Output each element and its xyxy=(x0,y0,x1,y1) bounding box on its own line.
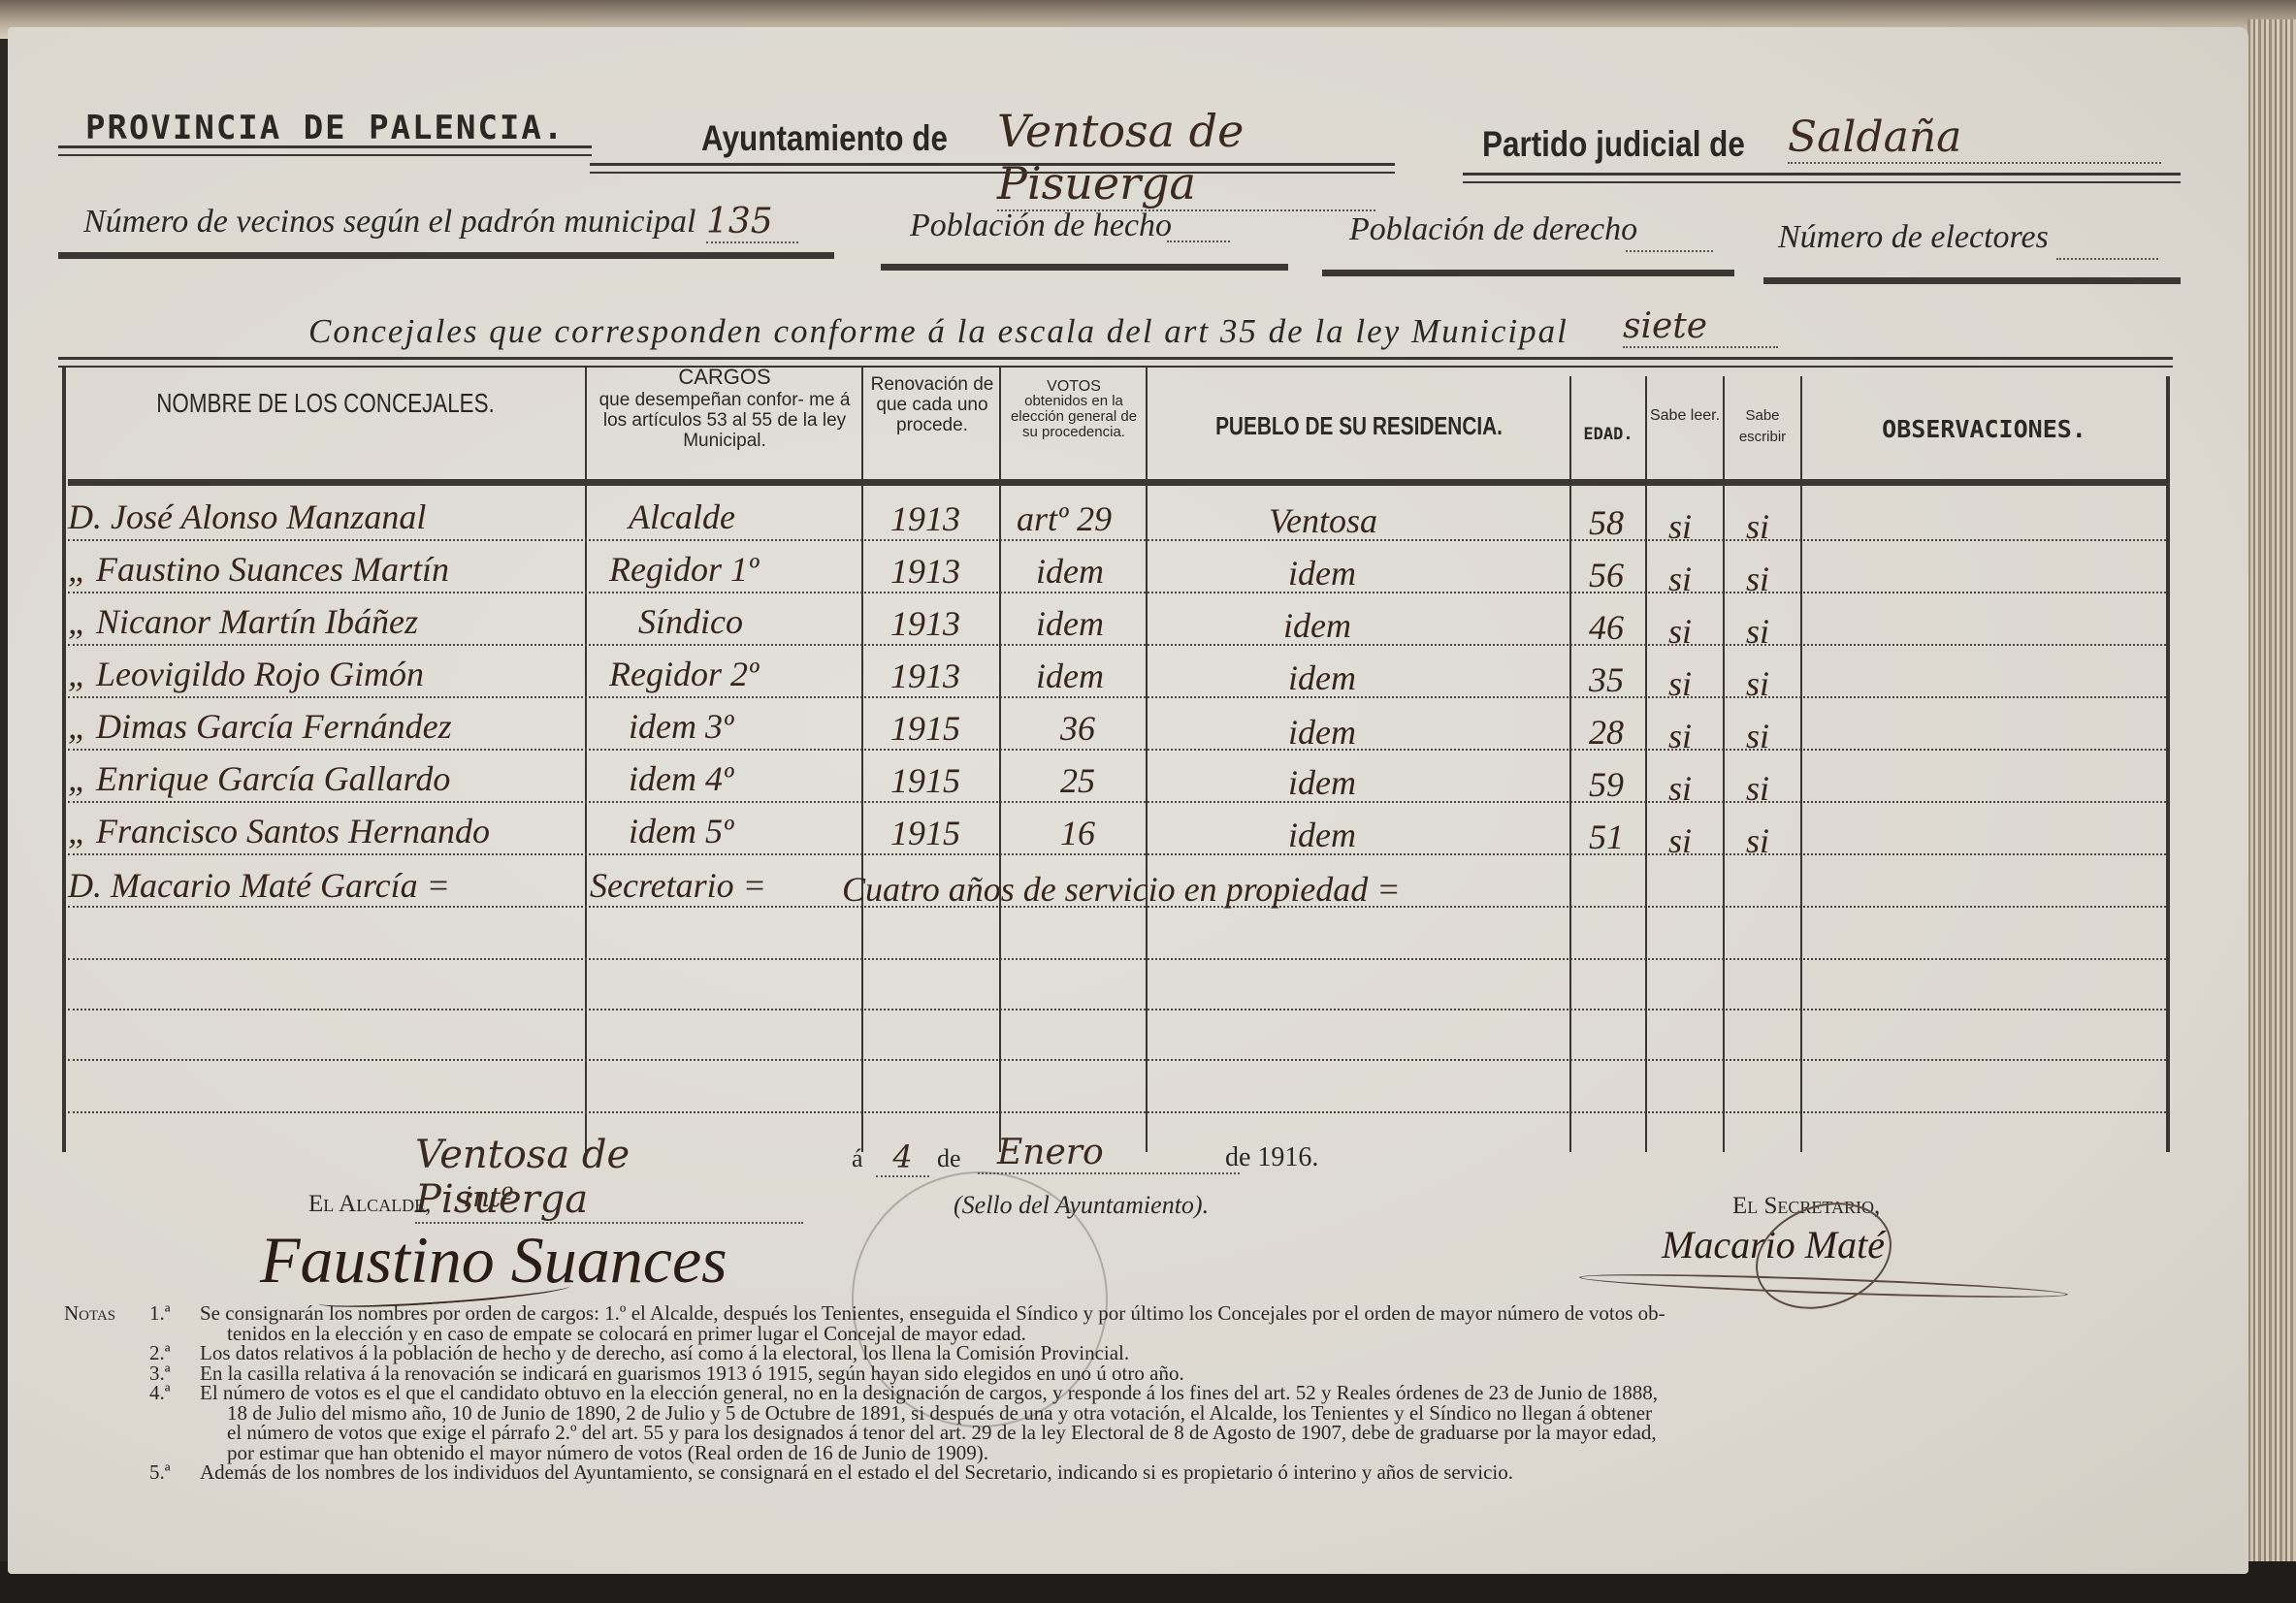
footer-year: de 1916. xyxy=(1225,1142,1318,1173)
secretario-cargo: Secretario = xyxy=(590,865,766,906)
col-divider xyxy=(1569,376,1571,1152)
row-7-edad: 51 xyxy=(1589,817,1624,857)
poblacion-hecho-label: Población de hecho xyxy=(910,208,1172,244)
row-2-leer: si xyxy=(1668,559,1692,599)
electores-label: Número de electores xyxy=(1778,219,2049,256)
poblacion-derecho-label: Población de derecho xyxy=(1349,211,1637,248)
row-3-edad: 46 xyxy=(1589,607,1624,648)
note-5: 5.ª Además de los nombres de los individ… xyxy=(64,1462,2179,1483)
col-header-pueblo: PUEBLO DE SU RESIDENCIA. xyxy=(1190,411,1527,441)
notes-section: Notas 1.ª Se consignarán los nombres por… xyxy=(64,1303,2179,1483)
province-title: PROVINCIA DE PALENCIA. xyxy=(85,109,565,147)
row-2-votos: idem xyxy=(1036,551,1104,592)
note-text: Los datos relativos á la población de he… xyxy=(200,1343,1129,1363)
row-7-votos: 16 xyxy=(1060,813,1095,853)
note-num: 2.ª xyxy=(149,1343,200,1363)
vecinos-label: Número de vecinos según el padrón munici… xyxy=(83,204,695,240)
col-divider xyxy=(1645,376,1647,1152)
footer-month: Enero xyxy=(978,1133,1240,1174)
row-7-cargo: idem 5º xyxy=(629,811,733,851)
row-5-pueblo: idem xyxy=(1288,712,1356,753)
row-6-pueblo: idem xyxy=(1288,762,1356,803)
row-4-edad: 35 xyxy=(1589,659,1624,700)
row-3-escribir: si xyxy=(1746,611,1769,652)
row-5-leer: si xyxy=(1668,716,1692,756)
col-header-votos-sub: obtenidos en la elección general de su p… xyxy=(1002,394,1146,440)
row-6-nombre: „ Enrique García Gallardo xyxy=(68,758,450,799)
note-num: 5.ª xyxy=(149,1462,200,1483)
col-header-observaciones: OBSERVACIONES. xyxy=(1802,415,2166,443)
row-3-pueblo: idem xyxy=(1283,605,1351,646)
concejales-value: siete xyxy=(1623,306,1778,348)
col-divider xyxy=(1723,376,1725,1152)
row-1-nombre: D. José Alonso Manzanal xyxy=(68,497,426,537)
partido-label: Partido judicial de xyxy=(1482,124,1745,165)
alcalde-label: El Alcalde, xyxy=(308,1191,431,1218)
row-6-escribir: si xyxy=(1746,768,1769,809)
note-4-cont: 18 de Julio del mismo año, 10 de Junio d… xyxy=(64,1403,2179,1424)
footer-day: 4 xyxy=(876,1138,929,1177)
col-header-sabe-leer: Sabe leer. xyxy=(1647,405,1723,427)
row-5-renovacion: 1915 xyxy=(890,708,960,749)
col-header-cargos-title: CARGOS xyxy=(588,367,861,387)
row-4-leer: si xyxy=(1668,663,1692,704)
row-7-escribir: si xyxy=(1746,820,1769,861)
partido-underline xyxy=(1463,173,2181,183)
row-3-renovacion: 1913 xyxy=(890,603,960,644)
col-header-nombre: NOMBRE DE LOS CONCEJALES. xyxy=(118,388,534,419)
row-2-renovacion: 1913 xyxy=(890,551,960,592)
col-header-renovacion: Renovación de que cada uno procede. xyxy=(865,374,999,435)
row-rule xyxy=(68,1111,2166,1113)
poblacion-hecho-rule xyxy=(881,264,1288,271)
table-left-border xyxy=(62,367,66,1152)
ayuntamiento-underline xyxy=(590,163,1395,174)
row-1-edad: 58 xyxy=(1589,502,1624,543)
col-header-cargos-sub: que desempeñan confor- me á los artículo… xyxy=(588,390,861,451)
note-4-cont: por estimar que han obtenido el mayor nú… xyxy=(64,1443,2179,1463)
row-4-nombre: „ Leovigildo Rojo Gimón xyxy=(68,654,424,694)
ayuntamiento-label: Ayuntamiento de xyxy=(701,118,948,159)
row-rule xyxy=(68,644,2166,646)
row-1-cargo: Alcalde xyxy=(629,497,735,537)
row-6-renovacion: 1915 xyxy=(890,760,960,801)
row-4-renovacion: 1913 xyxy=(890,656,960,696)
footer-de-label: de xyxy=(937,1144,961,1173)
secretario-nombre: D. Macario Maté García = xyxy=(68,865,450,906)
note-4-cont: el número de votos que exige el párrafo … xyxy=(64,1423,2179,1443)
col-header-edad: EDAD. xyxy=(1571,425,1645,444)
row-rule xyxy=(68,801,2166,803)
book-page-edges xyxy=(2247,19,2296,1571)
province-underline xyxy=(58,145,592,156)
note-4: 4.ª El número de votos es el que el cand… xyxy=(64,1383,2179,1403)
row-1-escribir: si xyxy=(1746,506,1769,547)
row-4-cargo: Regidor 2º xyxy=(609,654,759,694)
row-5-edad: 28 xyxy=(1589,712,1624,753)
row-rule xyxy=(68,958,2166,960)
row-6-leer: si xyxy=(1668,768,1692,809)
row-5-votos: 36 xyxy=(1060,708,1095,749)
row-2-pueblo: idem xyxy=(1288,553,1356,593)
partido-value: Saldaña xyxy=(1788,112,2161,164)
note-num: 1.ª xyxy=(149,1303,200,1324)
poblacion-derecho-value xyxy=(1626,248,1713,252)
note-text: Se consignarán los nombres por orden de … xyxy=(200,1303,1665,1324)
row-rule xyxy=(68,749,2166,751)
note-num: 3.ª xyxy=(149,1363,200,1384)
col-header-sabe-escribir: Sabe escribir xyxy=(1725,405,1800,448)
note-2: 2.ª Los datos relativos á la población d… xyxy=(64,1343,2179,1363)
row-rule xyxy=(68,1009,2166,1010)
header-bottom-rule xyxy=(68,479,2166,486)
row-7-pueblo: idem xyxy=(1288,815,1356,855)
note-1: Notas 1.ª Se consignarán los nombres por… xyxy=(64,1303,2179,1324)
note-text: El número de votos es el que el candidat… xyxy=(200,1383,1658,1403)
row-4-escribir: si xyxy=(1746,663,1769,704)
row-rule xyxy=(68,853,2166,855)
vecinos-value: 135 xyxy=(706,202,798,243)
row-6-cargo: idem 4º xyxy=(629,758,733,799)
row-7-nombre: „ Francisco Santos Hernando xyxy=(68,811,490,851)
row-5-nombre: „ Dimas García Fernández xyxy=(68,706,452,747)
note-1-cont: tenidos en la elección y en caso de empa… xyxy=(64,1324,2179,1344)
alcalde-note: intº xyxy=(464,1181,513,1213)
row-4-pueblo: idem xyxy=(1288,657,1356,698)
col-divider xyxy=(1800,376,1802,1152)
row-3-votos: idem xyxy=(1036,603,1104,644)
table-right-border xyxy=(2166,376,2170,1152)
row-7-renovacion: 1915 xyxy=(890,813,960,853)
row-5-escribir: si xyxy=(1746,716,1769,756)
poblacion-derecho-rule xyxy=(1322,270,1734,276)
table-top-rule xyxy=(58,357,2173,368)
electores-rule xyxy=(1763,277,2181,284)
row-6-votos: 25 xyxy=(1060,760,1095,801)
row-rule xyxy=(68,539,2166,541)
note-num: 4.ª xyxy=(149,1383,200,1403)
row-2-cargo: Regidor 1º xyxy=(609,549,759,590)
row-1-renovacion: 1913 xyxy=(890,498,960,539)
row-2-escribir: si xyxy=(1746,559,1769,599)
row-7-leer: si xyxy=(1668,820,1692,861)
row-1-votos: artº 29 xyxy=(1017,498,1112,539)
document-page: PROVINCIA DE PALENCIA. Ayuntamiento de V… xyxy=(8,27,2248,1574)
note-3: 3.ª En la casilla relativa á la renovaci… xyxy=(64,1363,2179,1384)
note-text: Además de los nombres de los individuos … xyxy=(200,1462,1513,1483)
notes-label: Notas xyxy=(64,1303,149,1324)
row-5-cargo: idem 3º xyxy=(629,706,733,747)
ayuntamiento-value: Ventosa de Pisuerga xyxy=(997,105,1375,211)
footer-a-label: á xyxy=(852,1144,863,1173)
row-1-pueblo: Ventosa xyxy=(1269,500,1377,541)
row-rule xyxy=(68,696,2166,698)
poblacion-hecho-value xyxy=(1167,239,1230,242)
row-rule xyxy=(68,1059,2166,1061)
concejales-label: Concejales que corresponden conforme á l… xyxy=(308,312,1568,351)
row-1-leer: si xyxy=(1668,506,1692,547)
row-3-leer: si xyxy=(1668,611,1692,652)
row-6-edad: 59 xyxy=(1589,764,1624,805)
row-2-edad: 56 xyxy=(1589,555,1624,595)
row-3-nombre: „ Nicanor Martín Ibáñez xyxy=(68,601,418,642)
row-2-nombre: „ Faustino Suances Martín xyxy=(68,549,449,590)
secretario-detalle: Cuatro años de servicio en propiedad = xyxy=(842,869,1401,910)
row-rule xyxy=(68,592,2166,593)
vecinos-rule xyxy=(58,252,834,259)
row-4-votos: idem xyxy=(1036,656,1104,696)
row-3-cargo: Síndico xyxy=(638,601,743,642)
electores-value xyxy=(2056,256,2158,260)
note-text: En la casilla relativa á la renovación s… xyxy=(200,1363,1184,1384)
